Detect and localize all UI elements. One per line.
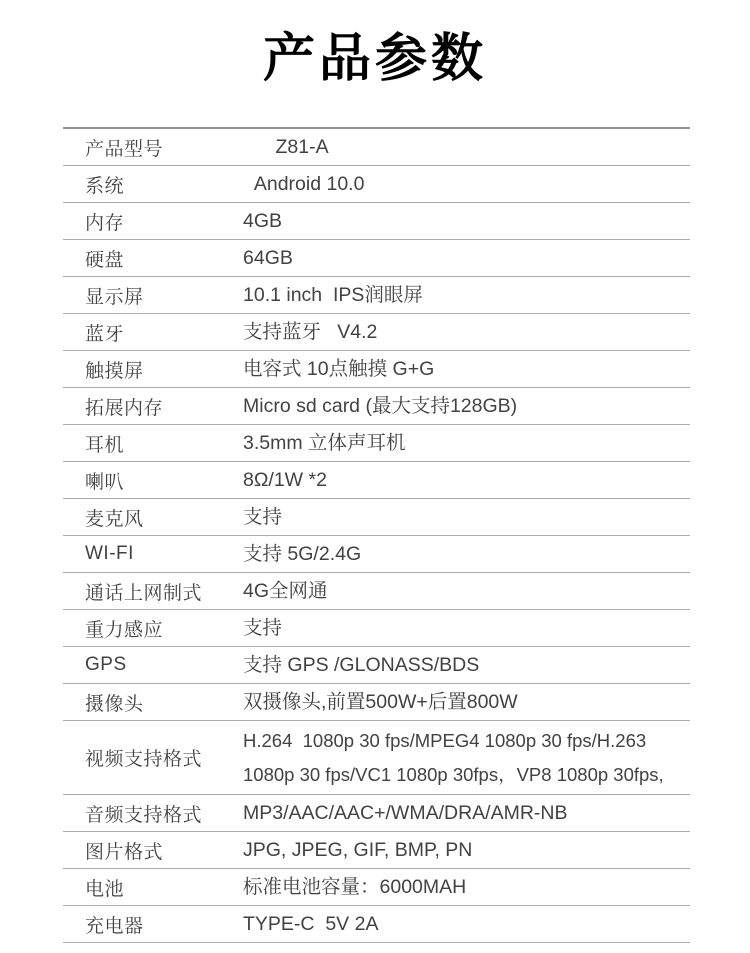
spec-value: 支持 GPS /GLONASS/BDS [243, 648, 690, 682]
spec-value: 3.5mm 立体声耳机 [243, 426, 690, 460]
spec-value: JPG, JPEG, GIF, BMP, PN [243, 833, 690, 867]
spec-label: 喇叭 [63, 467, 243, 494]
spec-row: 视频支持格式 H.264 1080p 30 fps/MPEG4 1080p 30… [63, 721, 690, 795]
spec-label: GPS [63, 654, 243, 676]
spec-value: Z81-A [243, 130, 690, 164]
spec-row: 拓展内存 Micro sd card (最大支持128GB) [63, 388, 690, 425]
spec-value: MP3/AAC/AAC+/WMA/DRA/AMR-NB [243, 796, 690, 830]
spec-sheet: 产品参数 产品型号 Z81-A 系统 Android 10.0 内存 4GB 硬… [0, 0, 750, 953]
spec-label: 耳机 [63, 430, 243, 457]
spec-row: 内存 4GB [63, 203, 690, 240]
spec-label: 音频支持格式 [63, 800, 243, 827]
spec-label: 麦克风 [63, 504, 243, 531]
spec-label: 通话上网制式 [63, 578, 243, 605]
spec-value: 支持 5G/2.4G [243, 537, 690, 571]
spec-row: 麦克风 支持 [63, 499, 690, 536]
spec-label: 充电器 [63, 911, 243, 938]
spec-value: H.264 1080p 30 fps/MPEG4 1080p 30 fps/H.… [243, 724, 690, 792]
spec-value: 双摄像头,前置500W+后置800W [243, 685, 690, 719]
spec-row: 耳机 3.5mm 立体声耳机 [63, 425, 690, 462]
spec-row: 硬盘 64GB [63, 240, 690, 277]
spec-row: 触摸屏 电容式 10点触摸 G+G [63, 351, 690, 388]
spec-row: 图片格式 JPG, JPEG, GIF, BMP, PN [63, 832, 690, 869]
spec-value: 10.1 inch IPS润眼屏 [243, 278, 690, 312]
spec-row: 摄像头 双摄像头,前置500W+后置800W [63, 684, 690, 721]
spec-label: 蓝牙 [63, 319, 243, 346]
spec-row: 蓝牙 支持蓝牙 V4.2 [63, 314, 690, 351]
spec-label: 图片格式 [63, 837, 243, 864]
spec-row: 通话上网制式 4G全网通 [63, 573, 690, 610]
spec-row: 产品型号 Z81-A [63, 129, 690, 166]
spec-row: 电池 标准电池容量：6000MAH [63, 869, 690, 906]
spec-value: 支持 [243, 611, 690, 645]
spec-table: 产品型号 Z81-A 系统 Android 10.0 内存 4GB 硬盘 64G… [63, 127, 690, 943]
spec-label: 拓展内存 [63, 393, 243, 420]
spec-row: 充电器 TYPE-C 5V 2A [63, 906, 690, 943]
spec-value: Android 10.0 [243, 167, 690, 201]
spec-value: 4G全网通 [243, 574, 690, 608]
spec-row: WI-FI 支持 5G/2.4G [63, 536, 690, 573]
spec-row: 音频支持格式 MP3/AAC/AAC+/WMA/DRA/AMR-NB [63, 795, 690, 832]
spec-label: 系统 [63, 171, 243, 198]
spec-label: 触摸屏 [63, 356, 243, 383]
spec-label: 显示屏 [63, 282, 243, 309]
spec-value: 4GB [243, 204, 690, 238]
spec-label: 硬盘 [63, 245, 243, 272]
spec-value: 标准电池容量：6000MAH [243, 870, 690, 904]
spec-value: 支持蓝牙 V4.2 [243, 315, 690, 349]
spec-label: 电池 [63, 874, 243, 901]
page-title: 产品参数 [0, 28, 750, 90]
spec-value: 64GB [243, 241, 690, 275]
spec-label: 摄像头 [63, 689, 243, 716]
spec-label: WI-FI [63, 543, 243, 565]
spec-label: 产品型号 [63, 134, 243, 161]
spec-value: Micro sd card (最大支持128GB) [243, 389, 690, 423]
spec-row: 系统 Android 10.0 [63, 166, 690, 203]
spec-row: 显示屏 10.1 inch IPS润眼屏 [63, 277, 690, 314]
spec-label: 视频支持格式 [63, 744, 243, 771]
spec-value: 电容式 10点触摸 G+G [243, 352, 690, 386]
spec-label: 重力感应 [63, 615, 243, 642]
spec-label: 内存 [63, 208, 243, 235]
spec-value: 支持 [243, 500, 690, 534]
spec-value: 8Ω/1W *2 [243, 463, 690, 497]
spec-row: 喇叭 8Ω/1W *2 [63, 462, 690, 499]
spec-value: TYPE-C 5V 2A [243, 907, 690, 941]
spec-row: 重力感应 支持 [63, 610, 690, 647]
spec-row: GPS 支持 GPS /GLONASS/BDS [63, 647, 690, 684]
